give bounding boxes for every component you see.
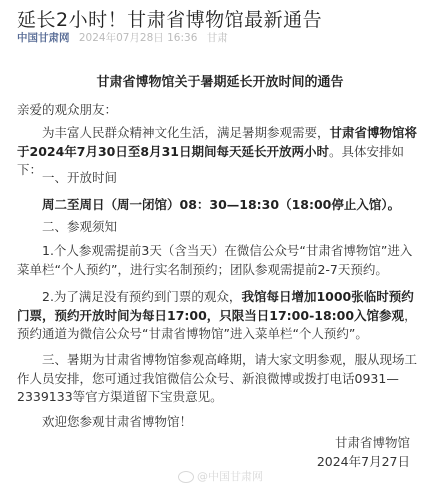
article-title: 延长2小时！甘肃省博物馆最新通告 xyxy=(17,5,322,32)
opening-hours: 周二至周日（周一闭馆）08：30—18:30（18:00停止入馆）。 xyxy=(17,196,423,215)
notice-item-1: 1.个人参观需提前3天（含当天）在微信公众号“甘肃省博物馆”进入菜单栏“个人预约… xyxy=(17,242,423,279)
publish-datetime: 2024年07月28日 16:36 xyxy=(79,32,198,44)
source-link[interactable]: 中国甘肃网 xyxy=(17,32,70,44)
opening-hours-text: 周二至周日（周一闭馆）08：30—18:30（18:00停止入馆）。 xyxy=(42,197,400,212)
item2-text: 2.为了满足没有预约到门票的观众， xyxy=(42,289,241,304)
watermark-text: @中国甘肃网 xyxy=(197,470,263,483)
notice-item-2: 2.为了满足没有预约到门票的观众，我馆每日增加1000张临时预约门票，预约开放时… xyxy=(17,288,423,344)
intro-text: 为丰富人民群众精神文化生活，满足暑期参观需要， xyxy=(42,125,330,140)
welcome-text: 欢迎您参观甘肃省博物馆！ xyxy=(17,413,423,432)
section1-title: 一、开放时间 xyxy=(17,169,423,188)
notice-heading: 甘肃省博物馆关于暑期延长开放时间的通告 xyxy=(17,74,423,93)
section2-title: 二、参观须知 xyxy=(17,218,423,237)
watermark: @中国甘肃网 xyxy=(178,468,263,484)
article-meta: 中国甘肃网 2024年07月28日 16:36 甘肃 xyxy=(17,30,228,45)
notice-item-3: 三、暑期为甘肃省博物馆参观高峰期，请大家文明参观，服从现场工作人员安排，您可通过… xyxy=(17,351,423,407)
location: 甘肃 xyxy=(207,32,228,44)
signature: 甘肃省博物馆 xyxy=(17,434,410,453)
greeting: 亲爱的观众朋友： xyxy=(17,101,423,120)
weibo-icon xyxy=(178,471,194,483)
